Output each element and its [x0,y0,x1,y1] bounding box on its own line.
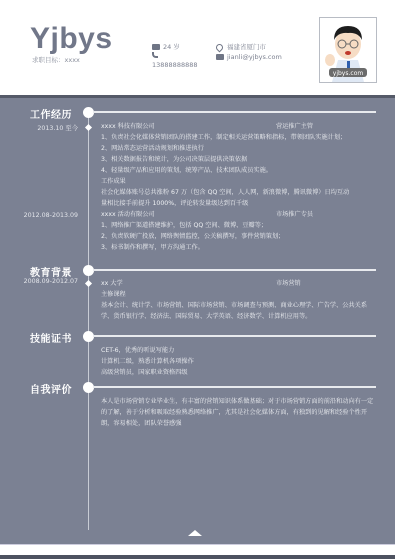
achievement-label: 工作成果 [101,176,126,187]
resume-body: 工作经历 2013.10 至今 xxxx 科技有限公司 营运推广主管 1、负责社… [0,98,395,544]
job-position: 市场推广专员 [276,209,313,220]
education-date: 2008.09-2012.07 [0,278,78,285]
timeline-marker [85,280,92,287]
location-pin-icon [215,42,225,52]
section-divider [93,386,376,388]
resume-header: Yjbys 求职目标：xxxx 24 岁 13888888888 福建省厦门市 … [0,0,395,95]
phone-info [152,52,158,60]
email-icon [216,54,224,60]
job-duty: 3、相关数据报告和统计，为公司决策层提供决策依据 [101,154,247,165]
profile-photo: yjbys.com [319,17,377,83]
timeline-marker [85,124,92,131]
section-title-education: 教育背景 [0,264,72,279]
section-title-work: 工作经历 [0,106,72,121]
section-divider [93,335,376,337]
phone-value: 13888888888 [152,61,198,69]
job-duty: 2、网站常态运营活动规划和推进执行 [101,143,204,154]
location-value: 福建省厦门市 [227,43,266,51]
age-value: 24 岁 [163,43,180,51]
phone-icon [152,52,158,58]
footer-border [0,555,395,559]
school-name: xx 大学 [101,278,123,289]
skill-item: CET-6，优秀的听说写能力 [101,345,174,356]
email-value: jianli@yjbys.com [227,53,282,61]
job-duty: 2、负责软硬广投放，网络舆情监控，公关稿撰写，事件营销策划； [101,231,284,242]
job-objective: 求职目标：xxxx [32,55,80,64]
self-evaluation-text: 本人是市场营销专业毕业生，有丰富的营销知识体系做基础；对于市场营销方面的前沿和动… [101,396,379,429]
company-name: xxxx 科技有限公司 [101,121,155,132]
section-divider [93,111,376,113]
major: 市场营销 [276,278,301,289]
courses-text: 基本会计、统计学、市场营销、国际市场营销、市场调查与预测、商业心理学、广告学、公… [101,300,379,322]
photo-watermark: yjbys.com [333,70,364,77]
candidate-name: Yjbys [30,22,113,56]
avatar-cartoon-icon: yjbys.com [320,18,376,82]
triangle-up-icon [188,530,202,536]
achievement-text: 量相比接手前提升 1000%，评论转发量级达到百千级 [101,198,248,209]
job-date: 2012.08-2013.09 [0,212,78,219]
location-info: 福建省厦门市 [216,42,266,51]
courses-label: 主修课程 [101,289,126,300]
age-info: 24 岁 [152,42,180,51]
job-date: 2013.10 至今 [0,123,78,132]
calendar-icon [152,44,160,50]
job-duty: 3、标书制作和撰写，甲方沟通工作。 [101,242,204,253]
job-duty: 1、网络推广渠道搭建维护，包括 QQ 空间、微博、豆瓣等； [101,220,267,231]
job-position: 营运推广主管 [276,121,313,132]
company-name: xxxx 活动有限公司 [101,209,155,220]
email-info: jianli@yjbys.com [216,53,282,61]
section-title-skills: 技能证书 [0,330,72,345]
timeline-line [88,110,89,530]
job-duty: 1、负责社会化媒体营销团队的搭建工作，制定相关运营策略和指标，带领团队实施计划； [101,132,346,143]
skill-item: 高级营销员，国家职业资格四级 [101,367,188,378]
job-duty: 4、轻量级产品和应用的策划，统筹产品、技术团队成员实施。 [101,165,272,176]
achievement-text: 社会化媒体账号总共涨粉 67 万（包含 QQ 空间，人人网，新浪微博，腾讯微博）… [101,187,349,198]
section-title-self: 自我评价 [0,381,72,396]
skill-item: 计算机二级，熟悉计算机各项操作 [101,356,194,367]
section-divider [93,269,376,271]
